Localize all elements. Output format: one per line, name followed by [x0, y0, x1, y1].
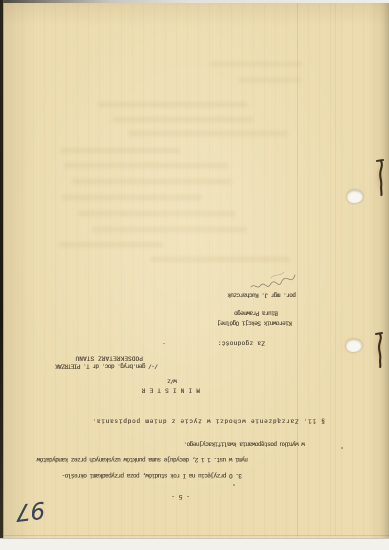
signature-minister-title: M I N I S T E R: [141, 387, 200, 394]
typed-line-point3-1: 3. O przyjęciu na I rok studiów, poza pr…: [62, 472, 242, 479]
signature-signed-title: PODSEKRETARZ STANU: [75, 355, 143, 362]
scan-edge-top: [0, 0, 389, 3]
scan-edge-left-seam: [3, 0, 4, 538]
typed-line-point3-2: nymi w ust. 1 i 2, decyduje suma punktów…: [37, 456, 248, 463]
dust-speck: [341, 447, 343, 449]
dust-speck: [163, 343, 165, 344]
certification-role-2: Biura Prawnego: [235, 310, 278, 317]
certification-role-1: Kierownik Sekcji Ogólnej: [218, 320, 292, 327]
scan-strip-bottom: [0, 538, 389, 550]
signature-signed-name: /-/ gen.bryg. doc. dr T. PIETRZAK: [56, 363, 158, 370]
handwritten-signature-squiggle: [249, 268, 297, 291]
signature-wz: w/z: [168, 378, 177, 385]
scanned-document-page: 97 - 5 - 3. O przyjęciu na I rok studiów…: [0, 0, 389, 550]
staple-mark-bottom: [372, 330, 384, 368]
typed-line-par11: § 11. Zarządzenie wchodzi w życie z dnie…: [92, 418, 325, 425]
staple-mark-top: [373, 158, 385, 196]
handwritten-folio-number: 97: [15, 496, 45, 527]
certification-heading: Za zgodność:: [218, 340, 265, 347]
typed-line-point3-3: w wyniku postępowania kwalifikacyjnego.: [184, 441, 305, 448]
dust-speck: [233, 484, 235, 486]
certification-name: por. mgr J. Kucharczuk: [228, 292, 296, 299]
page-content-rotated: 97 - 5 - 3. O przyjęciu na I rok studiów…: [0, 0, 389, 550]
page-number: - 5 -: [171, 493, 190, 500]
